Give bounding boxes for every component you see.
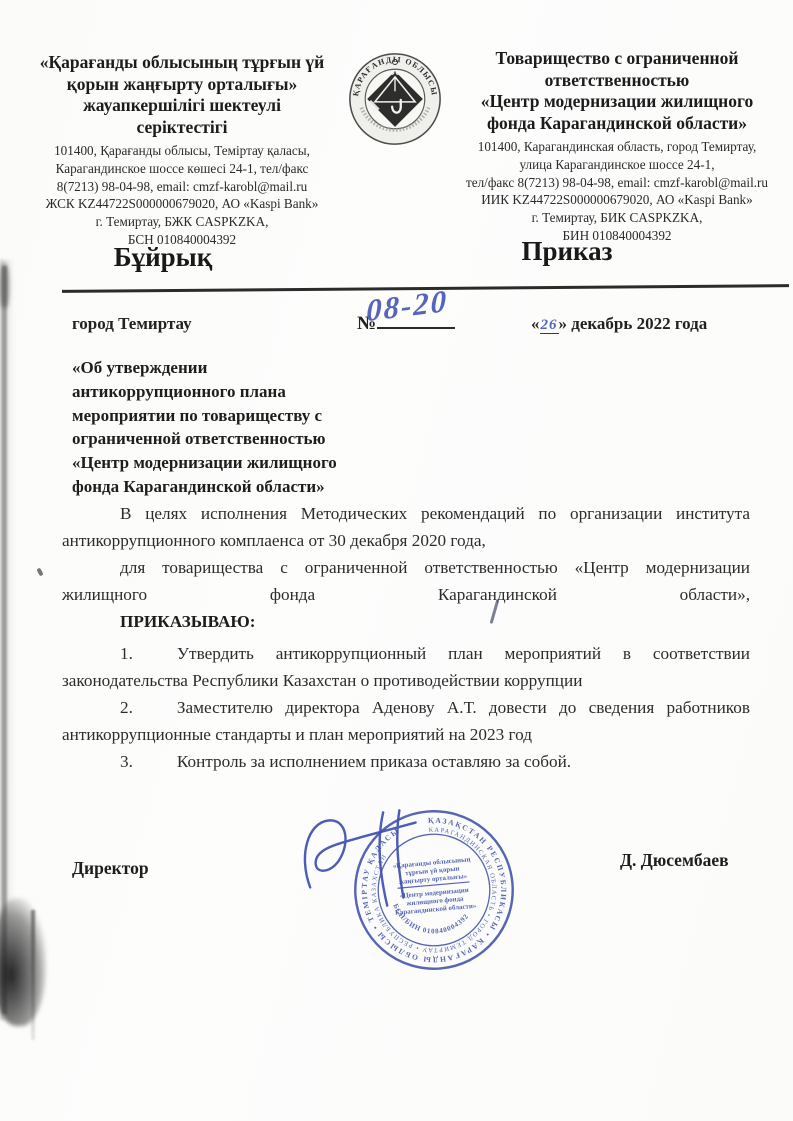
org-address-russian: 101400, Карагандинская область, город Те…	[446, 138, 788, 245]
org-name-line: «Центр модернизации жилищного	[446, 91, 788, 113]
org-name-line: жауапкершілігі шектеулі	[26, 95, 338, 117]
org-name-line: Товарищество с ограниченной	[446, 48, 788, 70]
address-line: 101400, Қарағанды облысы, Теміртау қалас…	[26, 142, 338, 160]
organization-emblem-icon: ҚАРАҒАНДЫ ОБЛЫСЫ	[347, 49, 443, 149]
director-signature	[296, 808, 448, 910]
scan-edge-blob	[0, 898, 46, 1026]
resolution-word: ПРИКАЗЫВАЮ:	[62, 608, 750, 635]
subject-line: фонда Карагандинской области»	[72, 475, 512, 499]
document-title-russian: Приказ	[472, 236, 662, 267]
order-subject: «Об утверждении антикоррупционного плана…	[72, 356, 512, 499]
address-line: г. Темиртау, БИК CASPKZKA,	[446, 209, 788, 227]
address-line: ИИК KZ44722S000000679020, АО «Kaspi Bank…	[446, 191, 788, 209]
item-text: Утвердить антикоррупционный план меропри…	[62, 644, 750, 690]
date-open-quote: «	[531, 314, 540, 333]
item-number: 2.	[120, 698, 133, 717]
address-line: тел/факс 8(7213) 98-04-98, email: cmzf-k…	[446, 174, 788, 192]
subject-line: антикоррупционного плана	[72, 380, 512, 404]
pen-tick-mark	[36, 568, 43, 577]
issue-date: «26» декабрь 2022 года	[531, 314, 707, 334]
address-line: г. Темиртау, БЖК CASPKZKA,	[26, 213, 338, 231]
org-name-line: ответственностью	[446, 70, 788, 92]
scanned-order-document: «Қарағанды облысының тұрғын үй қорын жаң…	[0, 0, 793, 1121]
order-item-2: 2.Заместителю директора Аденову А.Т. дов…	[62, 694, 750, 748]
org-address-kazakh: 101400, Қарағанды облысы, Теміртау қалас…	[26, 142, 338, 249]
date-day-handwritten: 26	[540, 317, 559, 334]
scan-edge-smudge-top	[0, 264, 9, 308]
address-line: улица Карагандинское шоссе 24-1,	[446, 156, 788, 174]
org-name-kazakh: «Қарағанды облысының тұрғын үй қорын жаң…	[26, 52, 338, 138]
address-line: 8(7213) 98-04-98, email: cmzf-karobl@mai…	[26, 178, 338, 196]
address-line: 101400, Карагандинская область, город Те…	[446, 138, 788, 156]
order-item-3: 3.Контроль за исполнением приказа оставл…	[62, 748, 750, 775]
item-number: 3.	[120, 752, 133, 771]
date-rest: » декабрь 2022 года	[559, 314, 708, 333]
address-line: Карагандинское шоссе көшесі 24-1, тел/фа…	[26, 160, 338, 178]
subject-line: «Об утверждении	[72, 356, 512, 380]
item-text: Контроль за исполнением приказа оставляю…	[177, 752, 571, 771]
org-name-russian: Товарищество с ограниченной ответственно…	[446, 48, 788, 134]
org-name-line: серіктестігі	[26, 117, 338, 139]
order-item-1: 1.Утвердить антикоррупционный план мероп…	[62, 640, 750, 694]
letterhead-russian: Товарищество с ограниченной ответственно…	[446, 48, 788, 245]
subject-line: ограниченной ответственностью	[72, 427, 512, 451]
issue-city: город Темиртау	[72, 314, 192, 334]
order-body: В целях исполнения Методических рекоменд…	[62, 500, 750, 775]
org-name-line: фонда Карагандинской области»	[446, 113, 788, 135]
signer-name: Д. Дюсембаев	[620, 850, 729, 871]
address-line: ЖСК KZ44722S000000679020, АО «Kaspi Bank…	[26, 195, 338, 213]
order-items: 1.Утвердить антикоррупционный план мероп…	[62, 640, 750, 775]
body-paragraph-1: В целях исполнения Методических рекоменд…	[62, 500, 750, 554]
document-title-kazakh: Бұйрық	[68, 242, 258, 273]
item-number: 1.	[120, 644, 133, 663]
subject-line: «Центр модернизации жилищного	[72, 451, 512, 475]
signer-position: Директор	[72, 858, 149, 879]
item-text: Заместителю директора Аденову А.Т. довес…	[62, 698, 750, 744]
body-paragraph-2: для товарищества с ограниченной ответств…	[62, 554, 750, 608]
scan-edge-streak	[31, 910, 35, 1040]
subject-line: мероприятии по товариществу с	[72, 404, 512, 428]
letterhead-kazakh: «Қарағанды облысының тұрғын үй қорын жаң…	[26, 52, 338, 249]
org-name-line: қорын жаңғырту орталығы»	[26, 74, 338, 96]
org-name-line: «Қарағанды облысының тұрғын үй	[26, 52, 338, 74]
